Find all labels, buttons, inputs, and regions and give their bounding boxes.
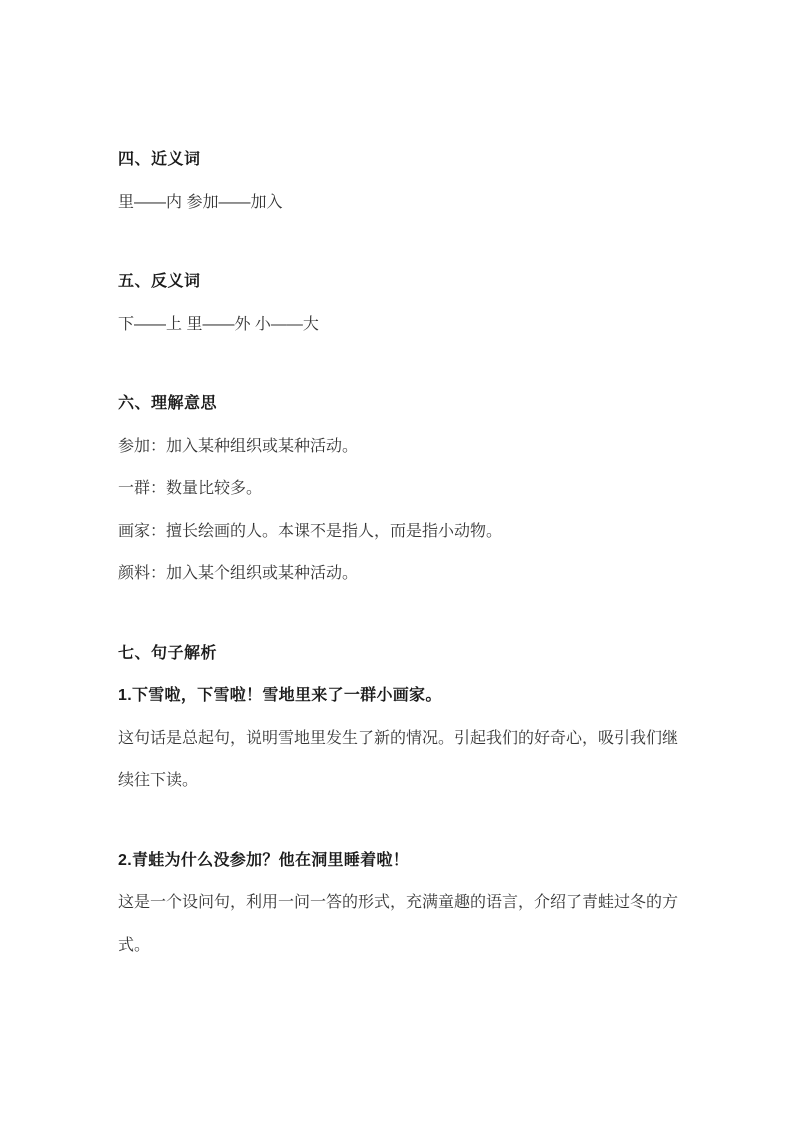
sentence-analysis-line: 1.下雪啦，下雪啦！雪地里来了一群小画家。 (118, 675, 681, 718)
section-heading: 五、反义词 (118, 261, 681, 304)
document-section: 2.青蛙为什么没参加？他在洞里睡着啦！这是一个设问句，利用一问一答的形式，充满童… (118, 840, 681, 968)
document-content: 四、近义词 里——内 参加——加入 五、反义词 下——上 里——外 小——大 六… (118, 139, 681, 967)
paragraph: 下——上 里——外 小——大 (118, 304, 681, 347)
section-heading: 七、句子解析 (118, 633, 681, 676)
sentence-analysis-line: 2.青蛙为什么没参加？他在洞里睡着啦！ (118, 840, 681, 883)
section-heading: 四、近义词 (118, 139, 681, 182)
document-section: 四、近义词 里——内 参加——加入 (118, 139, 681, 224)
paragraph: 里——内 参加——加入 (118, 182, 681, 225)
paragraph: 颜料：加入某个组织或某种活动。 (118, 553, 681, 596)
paragraph: 这是一个设问句，利用一问一答的形式，充满童趣的语言，介绍了青蛙过冬的方式。 (118, 882, 681, 967)
paragraph: 画家：擅长绘画的人。本课不是指人，而是指小动物。 (118, 511, 681, 554)
paragraph: 一群：数量比较多。 (118, 468, 681, 511)
document-section: 六、理解意思 参加：加入某种组织或某种活动。一群：数量比较多。画家：擅长绘画的人… (118, 383, 681, 596)
document-section: 七、句子解析 1.下雪啦，下雪啦！雪地里来了一群小画家。这句话是总起句，说明雪地… (118, 633, 681, 803)
paragraph: 参加：加入某种组织或某种活动。 (118, 426, 681, 469)
section-heading: 六、理解意思 (118, 383, 681, 426)
document-section: 五、反义词 下——上 里——外 小——大 (118, 261, 681, 346)
document-page: 四、近义词 里——内 参加——加入 五、反义词 下——上 里——外 小——大 六… (0, 0, 793, 1122)
paragraph: 这句话是总起句，说明雪地里发生了新的情况。引起我们的好奇心，吸引我们继续往下读。 (118, 718, 681, 803)
